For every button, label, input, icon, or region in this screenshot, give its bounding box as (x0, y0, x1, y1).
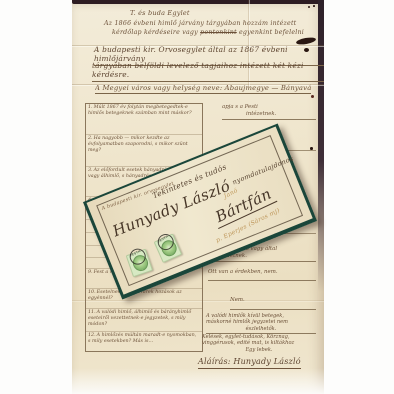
row-number: 3. (88, 168, 93, 173)
document-photo: T. és buda Egylet Az 1866 évbeni himlő j… (72, 0, 324, 394)
intro-line-2-post: egyenkint befelelni (237, 29, 304, 36)
row-number: 1. (88, 105, 93, 110)
ink-blot (313, 5, 315, 7)
ink-blot (308, 6, 310, 8)
paper-top-edge (72, 0, 324, 4)
row-number: 11. (88, 310, 96, 315)
table-row: 10.Esetelnek-e oltott hírek hozások az e… (86, 289, 202, 309)
row-number: 2. (88, 136, 93, 141)
intro-line-1: Az 1866 évbeni himlő járvány tárgyában h… (104, 20, 310, 28)
answer-3: Ott van a érdekben, nem. (208, 269, 316, 281)
row-text: A himlőzés múltán maradt-e nyomokban, s … (88, 333, 196, 344)
struck-word: pontonkint (200, 29, 237, 36)
paper-right-edge (318, 0, 324, 292)
photo-background: T. és buda Egylet Az 1866 évbeni himlő j… (0, 0, 394, 394)
table-row: 11.A valódi himlő, álhimlő és bárányhiml… (86, 309, 202, 332)
row-text: Múlt 1867 év folytán megbetegedtek-e him… (88, 105, 192, 116)
table-row: 1.Múlt 1867 év folytán megbetegedtek-e h… (86, 104, 202, 135)
row-text: Ha nagyobb — mikor kezdte az évfolyamatb… (88, 136, 188, 153)
answer-line: intézetnek. (222, 111, 316, 118)
intro-line-2-pre: kérdőlap kérdéseire vagy (112, 29, 200, 36)
answer-line: Nem. (230, 297, 316, 304)
table-row: 12.A himlőzés múltán maradt-e nyomokban,… (86, 332, 202, 353)
answer-line: apja s a Pesti (222, 104, 316, 111)
document-heading: T. és buda Egylet (130, 10, 190, 18)
answer-line: észlelhetők. (206, 326, 316, 332)
answer-line: Egy lebek. (202, 347, 316, 353)
answer-5: A valódi himlők kívül betegek, máskorné … (206, 313, 316, 334)
answer-1: apja s a Pesti intézetnek. (222, 104, 316, 120)
answer-6: Kelések, egylet-tudások, Körznag, vinggé… (202, 334, 316, 354)
location-line: A Megyei város vagy helység neve: Abaujm… (95, 84, 311, 94)
ink-blot (310, 147, 313, 150)
answer-4: Nem. (230, 297, 316, 310)
ink-blot (311, 95, 314, 98)
row-number: 12. (88, 333, 96, 338)
ink-blot (304, 48, 309, 52)
row-number: 9. (88, 270, 93, 275)
photo-bottom-fade (72, 368, 324, 394)
row-text: A valódi himlő, álhimlő és bárányhimlő e… (88, 310, 191, 327)
answer-line: Ott van a érdekben, nem. (208, 269, 316, 276)
subject-line-2: tárgyában belföldi levelező tagjaihoz in… (92, 62, 324, 82)
row-number: 10. (88, 290, 96, 295)
intro-line-2: kérdőlap kérdéseire vagy pontonkint egye… (112, 29, 312, 37)
